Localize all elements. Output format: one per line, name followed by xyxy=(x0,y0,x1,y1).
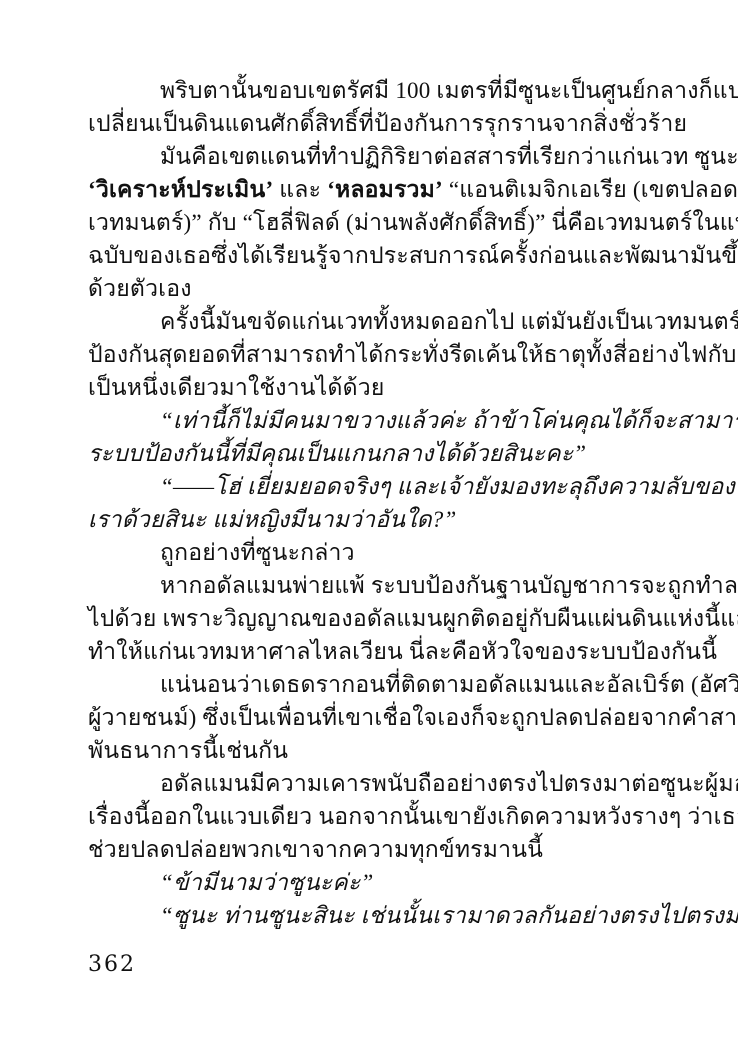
text-line: ด้วยตัวเอง xyxy=(88,272,662,305)
text-segment-bold: ‘วิเคราะห์ประเมิน’ xyxy=(88,177,273,202)
text-segment: ผู้วายชนม์) ซึ่งเป็นเพื่อนที่เขาเชื่อใจเ… xyxy=(88,705,738,730)
text-line: ช่วยปลดปล่อยพวกเขาจากความทุกข์ทรมานนี้ xyxy=(88,833,662,866)
text-segment: “——โฮ่ เยี่ยมยอดจริงๆ และเจ้ายังมองทะลุถ… xyxy=(160,474,735,499)
text-line: “เท่านี้ก็ไม่มีคนมาขวางแล้วค่ะ ถ้าข้าโค่… xyxy=(88,404,662,437)
text-line: เรื่องนี้ออกในแวบเดียว นอกจากนั้นเขายังเ… xyxy=(88,800,662,833)
text-line: ระบบป้องกันนี้ที่มีคุณเป็นแกนกลางได้ด้วย… xyxy=(88,437,662,470)
text-line: ป้องกันสุดยอดที่สามารถทำได้กระทั่งรีดเค้… xyxy=(88,338,662,371)
text-line: “——โฮ่ เยี่ยมยอดจริงๆ และเจ้ายังมองทะลุถ… xyxy=(88,470,662,503)
text-segment: แน่นอนว่าเดธดรากอนที่ติดตามอดัลแมนและอัล… xyxy=(160,672,738,697)
text-segment: พันธนาการนี้เช่นกัน xyxy=(88,738,288,763)
text-line: ถูกอย่างที่ซูนะกล่าว xyxy=(88,536,662,569)
text-line: เป็นหนึ่งเดียวมาใช้งานได้ด้วย xyxy=(88,371,662,404)
text-segment: ครั้งนี้มันขจัดแก่นเวททั้งหมดออกไป แต่มั… xyxy=(160,309,738,334)
text-segment: เปลี่ยนเป็นดินแดนศักดิ์สิทธิ์ที่ป้องกันก… xyxy=(88,111,687,136)
text-segment: พริบตานั้นขอบเขตรัศมี 100 เมตรที่มีซูนะเ… xyxy=(160,78,738,103)
text-segment: เรื่องนี้ออกในแวบเดียว นอกจากนั้นเขายังเ… xyxy=(88,804,738,829)
text-line: พันธนาการนี้เช่นกัน xyxy=(88,734,662,767)
text-segment: “แอนติเมจิกเอเรีย (เขตปลอด xyxy=(443,177,738,202)
text-segment: ทำให้แก่นเวทมหาศาลไหลเวียน นี่ละคือหัวใจ… xyxy=(88,639,717,664)
text-line: อดัลแมนมีความเคารพนับถืออย่างตรงไปตรงมาต… xyxy=(88,767,662,800)
text-segment: ฉบับของเธอซึ่งได้เรียนรู้จากประสบการณ์คร… xyxy=(88,243,738,268)
page-text: พริบตานั้นขอบเขตรัศมี 100 เมตรที่มีซูนะเ… xyxy=(88,74,662,932)
text-line: แน่นอนว่าเดธดรากอนที่ติดตามอดัลแมนและอัล… xyxy=(88,668,662,701)
text-line: ‘วิเคราะห์ประเมิน’ และ ‘หลอมรวม’ “แอนติเ… xyxy=(88,173,662,206)
text-segment: ป้องกันสุดยอดที่สามารถทำได้กระทั่งรีดเค้… xyxy=(88,342,738,367)
text-segment: ช่วยปลดปล่อยพวกเขาจากความทุกข์ทรมานนี้ xyxy=(88,837,543,862)
text-segment: เป็นหนึ่งเดียวมาใช้งานได้ด้วย xyxy=(88,375,385,400)
text-segment: เราด้วยสินะ แม่หญิงมีนามว่าอันใด?” xyxy=(88,507,456,532)
text-line: พริบตานั้นขอบเขตรัศมี 100 เมตรที่มีซูนะเ… xyxy=(88,74,662,107)
text-line: ครั้งนี้มันขจัดแก่นเวททั้งหมดออกไป แต่มั… xyxy=(88,305,662,338)
text-line: “ซูนะ ท่านซูนะสินะ เช่นนั้นเรามาดวลกันอย… xyxy=(88,899,662,932)
text-line: เราด้วยสินะ แม่หญิงมีนามว่าอันใด?” xyxy=(88,503,662,536)
text-line: หากอดัลแมนพ่ายแพ้ ระบบป้องกันฐานบัญชาการ… xyxy=(88,569,662,602)
text-segment: ระบบป้องกันนี้ที่มีคุณเป็นแกนกลางได้ด้วย… xyxy=(88,441,586,466)
text-segment: “ข้ามีนามว่าซูนะค่ะ” xyxy=(160,870,373,895)
text-segment: หากอดัลแมนพ่ายแพ้ ระบบป้องกันฐานบัญชาการ… xyxy=(160,573,738,598)
text-line: ฉบับของเธอซึ่งได้เรียนรู้จากประสบการณ์คร… xyxy=(88,239,662,272)
text-segment: อดัลแมนมีความเคารพนับถืออย่างตรงไปตรงมาต… xyxy=(160,771,738,796)
text-line: เวทมนตร์)” กับ “โฮลี่ฟิลด์ (ม่านพลังศักด… xyxy=(88,206,662,239)
text-line: “ข้ามีนามว่าซูนะค่ะ” xyxy=(88,866,662,899)
text-line: ไปด้วย เพราะวิญญาณของอดัลแมนผูกติดอยู่กั… xyxy=(88,602,662,635)
page-number: 362 xyxy=(88,952,136,977)
text-segment: ไปด้วย เพราะวิญญาณของอดัลแมนผูกติดอยู่กั… xyxy=(88,606,738,631)
text-segment: ถูกอย่างที่ซูนะกล่าว xyxy=(160,540,355,565)
book-page: พริบตานั้นขอบเขตรัศมี 100 เมตรที่มีซูนะเ… xyxy=(0,0,738,1051)
text-segment: ด้วยตัวเอง xyxy=(88,276,192,301)
text-line: ผู้วายชนม์) ซึ่งเป็นเพื่อนที่เขาเชื่อใจเ… xyxy=(88,701,662,734)
text-segment: เวทมนตร์)” กับ “โฮลี่ฟิลด์ (ม่านพลังศักด… xyxy=(88,210,738,235)
text-line: เปลี่ยนเป็นดินแดนศักดิ์สิทธิ์ที่ป้องกันก… xyxy=(88,107,662,140)
text-segment: มันคือเขตแดนที่ทำปฏิกิริยาต่อสสารที่เรีย… xyxy=(160,144,738,169)
text-segment: “เท่านี้ก็ไม่มีคนมาขวางแล้วค่ะ ถ้าข้าโค่… xyxy=(160,408,738,433)
text-segment: “ซูนะ ท่านซูนะสินะ เช่นนั้นเรามาดวลกันอย… xyxy=(160,903,738,928)
text-segment: และ xyxy=(273,177,327,202)
text-line: มันคือเขตแดนที่ทำปฏิกิริยาต่อสสารที่เรีย… xyxy=(88,140,662,173)
text-segment-bold: ‘หลอมรวม’ xyxy=(327,177,443,202)
text-line: ทำให้แก่นเวทมหาศาลไหลเวียน นี่ละคือหัวใจ… xyxy=(88,635,662,668)
